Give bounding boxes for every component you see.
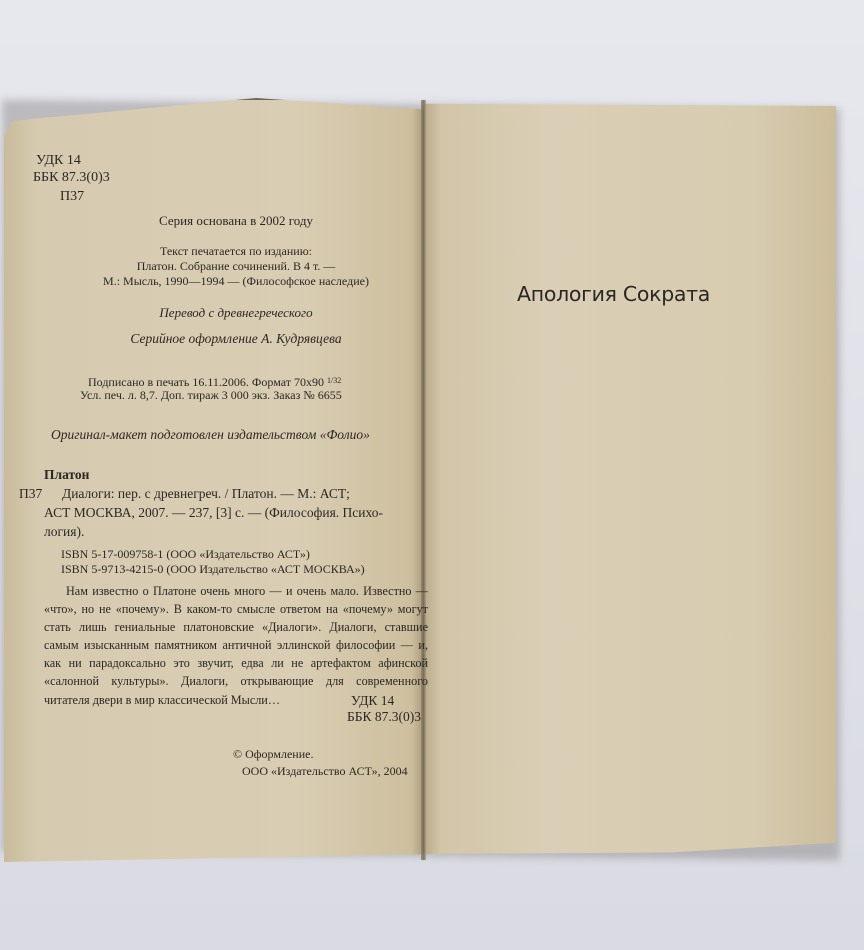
right-page xyxy=(424,100,836,854)
copyright-line-2: ООО «Издательство АСТ», 2004 xyxy=(242,763,408,779)
abstract-paragraph: Нам известно о Платоне очень много — и о… xyxy=(44,582,428,709)
udk-code-bottom: УДК 14 xyxy=(351,693,394,709)
udk-code: УДК 14 xyxy=(36,153,81,169)
copyright-line-1: © Оформление. xyxy=(233,746,313,762)
translation-note: Перевод с древнегреческого xyxy=(40,305,432,321)
format-fraction: 1/32 xyxy=(327,376,341,385)
isbn-2: ISBN 5-9713-4215-0 (ООО Издательство «АС… xyxy=(61,561,365,577)
print-info-line-2: Усл. печ. л. 8,7. Доп. тираж 3 000 экз. … xyxy=(80,387,342,403)
catalog-author: Платон xyxy=(44,467,89,483)
design-note: Серийное оформление А. Кудрявцева xyxy=(40,331,432,347)
bbk-code: ББК 87.3(0)3 xyxy=(33,170,110,186)
source-edition-line-3: М.: Мысль, 1990—1994 — (Философское насл… xyxy=(40,273,432,289)
series-note: Серия основана в 2002 году xyxy=(40,213,432,229)
bbk-code-bottom: ББК 87.3(0)3 xyxy=(347,709,421,725)
catalog-line-1: Диалоги: пер. с древнегреч. / Платон. — … xyxy=(62,486,350,502)
catalog-mark: П37 xyxy=(19,486,42,502)
catalog-line-3: логия). xyxy=(44,524,84,540)
layout-note: Оригинал-макет подготовлен издательством… xyxy=(51,427,370,443)
isbn-1: ISBN 5-17-009758-1 (ООО «Издательство АС… xyxy=(61,546,310,562)
chapter-title: Апология Сократа xyxy=(517,282,710,306)
source-edition-line-1: Текст печатается по изданию: xyxy=(40,243,432,259)
source-edition-line-2: Платон. Собрание сочинений. В 4 т. — xyxy=(40,258,432,274)
author-mark: П37 xyxy=(60,189,84,205)
catalog-line-2: АСТ МОСКВА, 2007. — 237, [3] с. — (Филос… xyxy=(44,505,383,521)
